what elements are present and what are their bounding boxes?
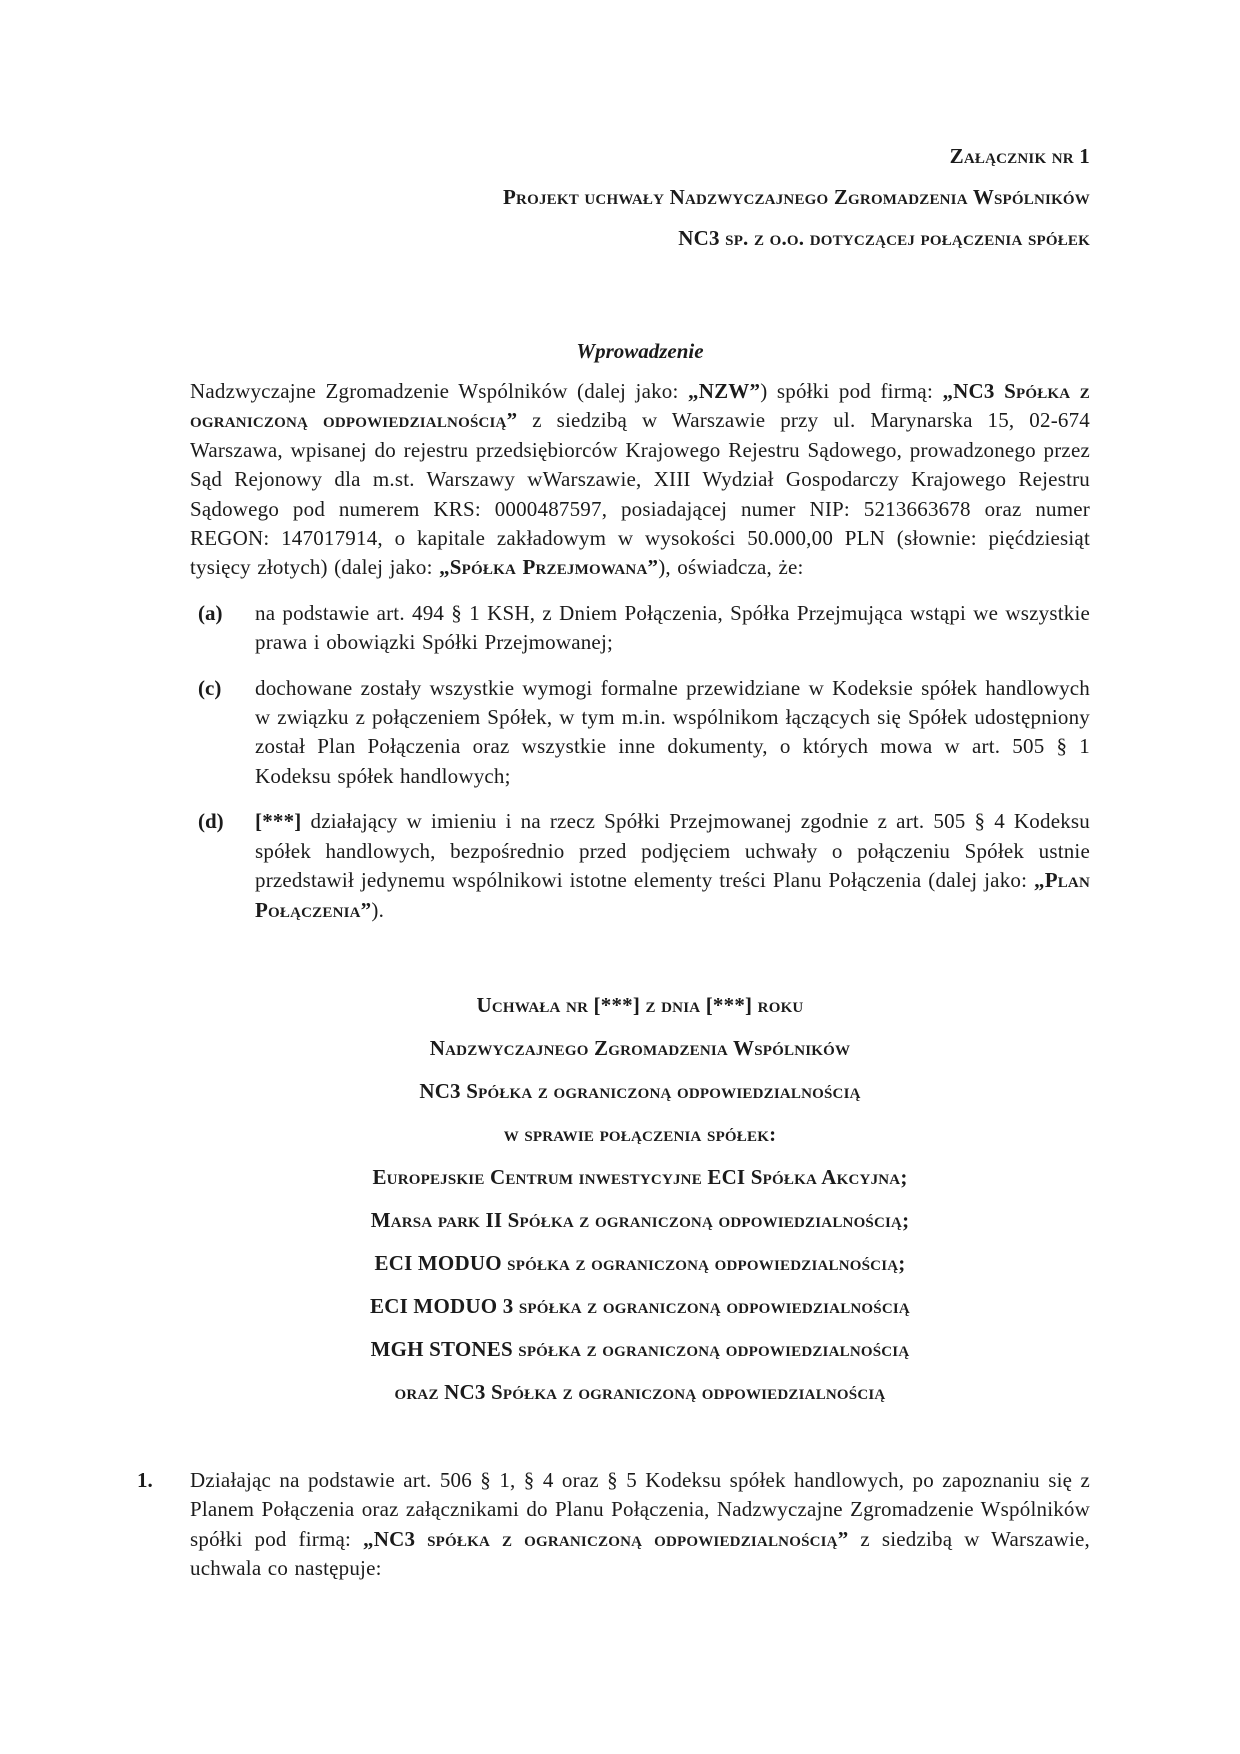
attachment-number-heading: Załącznik nr 1 xyxy=(190,144,1090,168)
introduction-paragraph: Nadzwyczajne Zgromadzenie Wspólników (da… xyxy=(190,377,1090,583)
list-item-d-text: [***] działający w imieniu i na rzecz Sp… xyxy=(255,807,1090,925)
numbered-paragraph-1-text: Działając na podstawie art. 506 § 1, § 4… xyxy=(190,1466,1090,1584)
list-item-c-text: dochowane zostały wszystkie wymogi forma… xyxy=(255,674,1090,792)
introduction-heading: Wprowadzenie xyxy=(190,338,1090,364)
resolution-heading-line-7: ECI MODUO spółka z ograniczoną odpowiedz… xyxy=(190,1251,1090,1275)
list-item-d-label: (d) xyxy=(198,807,224,836)
list-item-d: (d) [***] działający w imieniu i na rzec… xyxy=(190,807,1090,925)
numbered-paragraph-1-number: 1. xyxy=(137,1466,153,1495)
list-item-a: (a) na podstawie art. 494 § 1 KSH, z Dni… xyxy=(190,599,1090,658)
document-title-line-1: Projekt uchwały Nadzwyczajnego Zgromadze… xyxy=(190,185,1090,209)
resolution-heading-line-1: Uchwała nr [***] z dnia [***] roku xyxy=(190,993,1090,1017)
list-item-a-label: (a) xyxy=(198,599,223,628)
list-item-a-text: na podstawie art. 494 § 1 KSH, z Dniem P… xyxy=(255,599,1090,658)
resolution-heading-line-4: w sprawie połączenia spółek: xyxy=(190,1122,1090,1146)
resolution-heading-line-5: Europejskie Centrum inwestycyjne ECI Spó… xyxy=(190,1165,1090,1189)
resolution-heading-line-2: Nadzwyczajnego Zgromadzenia Wspólników xyxy=(190,1036,1090,1060)
numbered-paragraph-1: 1. Działając na podstawie art. 506 § 1, … xyxy=(190,1466,1090,1584)
resolution-heading-line-9: MGH STONES spółka z ograniczoną odpowied… xyxy=(190,1337,1090,1361)
resolution-heading-line-10: oraz NC3 Spółka z ograniczoną odpowiedzi… xyxy=(190,1380,1090,1404)
document-header: Załącznik nr 1 Projekt uchwały Nadzwycza… xyxy=(190,144,1090,250)
introduction-lettered-list: (a) na podstawie art. 494 § 1 KSH, z Dni… xyxy=(190,599,1090,925)
list-item-c-label: (c) xyxy=(198,674,221,703)
resolution-heading-line-6: Marsa park II Spółka z ograniczoną odpow… xyxy=(190,1208,1090,1232)
resolution-heading-line-8: ECI MODUO 3 spółka z ograniczoną odpowie… xyxy=(190,1294,1090,1318)
resolution-heading-block: Uchwała nr [***] z dnia [***] roku Nadzw… xyxy=(190,993,1090,1404)
list-item-c: (c) dochowane zostały wszystkie wymogi f… xyxy=(190,674,1090,792)
document-title-line-2: NC3 sp. z o.o. dotyczącej połączenia spó… xyxy=(190,226,1090,250)
resolution-heading-line-3: NC3 Spółka z ograniczoną odpowiedzialnoś… xyxy=(190,1079,1090,1103)
document-page: Załącznik nr 1 Projekt uchwały Nadzwycza… xyxy=(0,0,1240,1754)
